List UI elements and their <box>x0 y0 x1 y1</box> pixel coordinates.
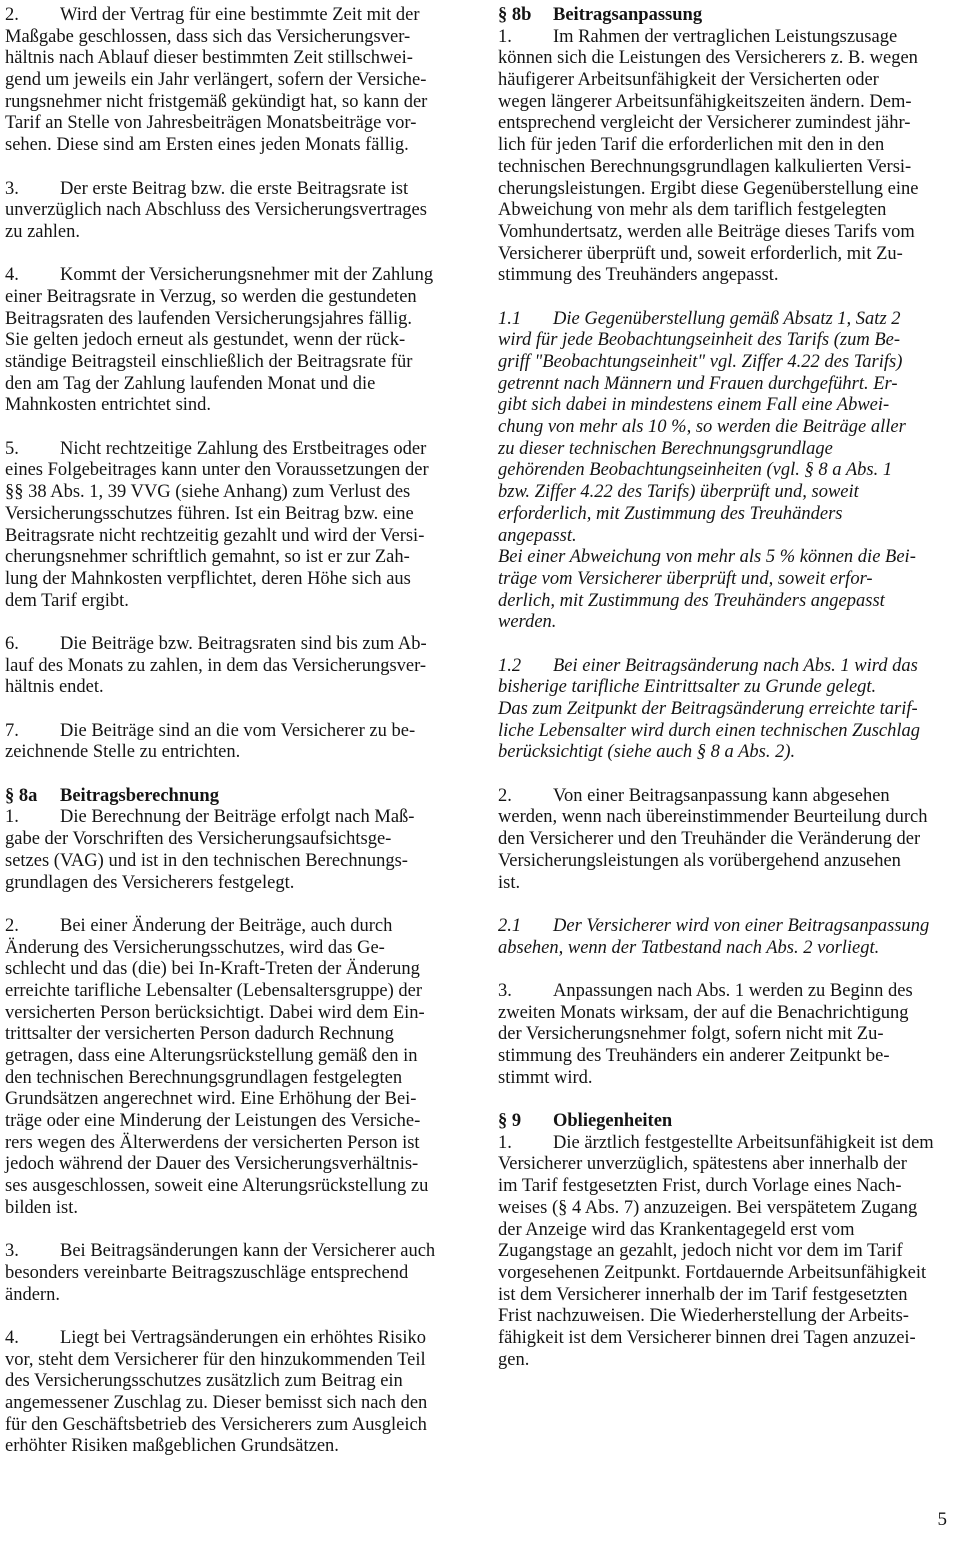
text-line: erreichte tarifliche Lebensalter (Lebens… <box>5 981 475 1003</box>
section-heading: § 9Obliegenheiten <box>498 1111 956 1133</box>
text-line: §§ 38 Abs. 1, 39 VVG (siehe Anhang) zum … <box>5 482 475 504</box>
text-line: der Versicherungsnehmer folgt, sofern ni… <box>498 1024 956 1046</box>
text-line: Sie gelten jedoch erneut als gestundet, … <box>5 330 475 352</box>
paragraph-number: 2.1 <box>498 916 553 938</box>
text-line: entsprechend vergleicht der Versicherer … <box>498 113 956 135</box>
text-line: bisherige tarifliche Eintrittsalter zu G… <box>498 677 956 699</box>
section-heading: § 8bBeitragsanpassung <box>498 5 956 27</box>
text-line: versicherten Person berücksichtigt. Dabe… <box>5 1003 475 1025</box>
section-number: § 8b <box>498 5 553 27</box>
section-heading: § 8aBeitragsberechnung <box>5 786 475 808</box>
text-line: jedoch während der Dauer des Versicherun… <box>5 1154 475 1176</box>
text-line: 4.Kommt der Versicherungsnehmer mit der … <box>5 265 475 287</box>
text-line: cherungsleistungen. Ergibt diese Gegenüb… <box>498 179 956 201</box>
paragraph-number: 1.2 <box>498 656 553 678</box>
text-line: Frist nachzuweisen. Die Wiederherstellun… <box>498 1306 956 1328</box>
right-column: § 8bBeitragsanpassung1.Im Rahmen der ver… <box>498 5 956 1393</box>
text-line: Versicherungsleistungen als vorübergehen… <box>498 851 956 873</box>
text-line: 4.Liegt bei Vertragsänderungen ein erhöh… <box>5 1328 475 1350</box>
paragraph: 2.1Der Versicherer wird von einer Beitra… <box>498 916 956 959</box>
text-line: ist. <box>498 873 956 895</box>
text-line: zweiten Monats wirksam, der auf die Bena… <box>498 1003 956 1025</box>
paragraph: 2.Von einer Beitragsanpassung kann abges… <box>498 786 956 894</box>
text-line: besonders vereinbarte Beitragszuschläge … <box>5 1263 475 1285</box>
paragraph: 1.1Die Gegenüberstellung gemäß Absatz 1,… <box>498 309 956 634</box>
text-line: vorgesehenen Zeitpunkt. Fortdauernde Arb… <box>498 1263 956 1285</box>
text-line: wegen längerer Arbeitsunfähigkeitszeiten… <box>498 92 956 114</box>
paragraph: 1.Die ärztlich festgestellte Arbeitsunfä… <box>498 1133 956 1372</box>
section-number: § 9 <box>498 1111 553 1133</box>
text-line: setzes (VAG) und ist in den technischen … <box>5 851 475 873</box>
text-line: den technischen Berechnungsgrundlagen fe… <box>5 1068 475 1090</box>
paragraph-number: 2. <box>5 916 60 938</box>
text-line: fähigkeit ist dem Versicherer binnen dre… <box>498 1328 956 1350</box>
text-line: zeichnende Stelle zu entrichten. <box>5 742 475 764</box>
text-line: einer Beitragsrate in Verzug, so werden … <box>5 287 475 309</box>
text-line: ständige Beitragsteil einschließlich der… <box>5 352 475 374</box>
text-line: 2.Von einer Beitragsanpassung kann abges… <box>498 786 956 808</box>
text-line: für den Geschäftsbetrieb des Versicherer… <box>5 1415 475 1437</box>
text-line: erhöhter Risiken maßgeblichen Grundsätze… <box>5 1436 475 1458</box>
text-line: Änderung des Versicherungsschutzes, wird… <box>5 938 475 960</box>
text-line: chung von mehr als 10 %, so werden die B… <box>498 417 956 439</box>
paragraph: 1.Die Berechnung der Beiträge erfolgt na… <box>5 807 475 894</box>
text-line: bzw. Ziffer 4.22 des Tarifs) überprüft u… <box>498 482 956 504</box>
paragraph-number: 3. <box>498 981 553 1003</box>
text-line: können sich die Leistungen des Versicher… <box>498 48 956 70</box>
text-line: 1.Die Berechnung der Beiträge erfolgt na… <box>5 807 475 829</box>
paragraph: 2.Bei einer Änderung der Beiträge, auch … <box>5 916 475 1220</box>
text-line: Maßgabe geschlossen, dass sich das Versi… <box>5 27 475 49</box>
text-line: lung der Mahnkosten verpflichtet, deren … <box>5 569 475 591</box>
text-line: ist dem Versicherer innerhalb der im Tar… <box>498 1285 956 1307</box>
text-line: Grundsätzen angerechnet wird. Eine Erhöh… <box>5 1089 475 1111</box>
paragraph: 1.Im Rahmen der vertraglichen Leistungsz… <box>498 27 956 287</box>
text-line: rungsnehmer nicht fristgemäß gekündigt h… <box>5 92 475 114</box>
paragraph-number: 4. <box>5 265 60 287</box>
text-line: zu zahlen. <box>5 222 475 244</box>
text-line: gabe der Vorschriften des Versicherungsa… <box>5 829 475 851</box>
paragraph: 4.Liegt bei Vertragsänderungen ein erhöh… <box>5 1328 475 1458</box>
text-line: 2.Wird der Vertrag für eine bestimmte Ze… <box>5 5 475 27</box>
text-line: weises (§ 4 Abs. 7) anzuzeigen. Bei vers… <box>498 1198 956 1220</box>
text-line: stimmung des Treuhänders angepasst. <box>498 265 956 287</box>
text-line: unverzüglich nach Abschluss des Versiche… <box>5 200 475 222</box>
paragraph: 7.Die Beiträge sind an die vom Versicher… <box>5 721 475 764</box>
page-number: 5 <box>938 1509 948 1531</box>
text-line: hältnis nach Ablauf dieser bestimmten Ze… <box>5 48 475 70</box>
section-title: Beitragsberechnung <box>60 786 219 806</box>
paragraph-number: 2. <box>498 786 553 808</box>
text-line: 1.Im Rahmen der vertraglichen Leistungsz… <box>498 27 956 49</box>
text-line: Beitragsrate nicht rechtzeitig gezahlt u… <box>5 526 475 548</box>
text-line: berücksichtigt (siehe auch § 8 a Abs. 2)… <box>498 742 956 764</box>
text-line: des Versicherungsschutzes zusätzlich zum… <box>5 1371 475 1393</box>
text-line: Bei einer Abweichung von mehr als 5 % kö… <box>498 547 956 569</box>
text-line: angepasst. <box>498 526 956 548</box>
text-line: wird für jede Beobachtungseinheit des Ta… <box>498 330 956 352</box>
text-line: 6.Die Beiträge bzw. Beitragsraten sind b… <box>5 634 475 656</box>
text-line: ses ausgeschlossen, soweit eine Alterung… <box>5 1176 475 1198</box>
paragraph: 5.Nicht rechtzeitige Zahlung des Erstbei… <box>5 439 475 613</box>
text-line: im Tarif festgesetzten Frist, durch Vorl… <box>498 1176 956 1198</box>
paragraph: 4.Kommt der Versicherungsnehmer mit der … <box>5 265 475 417</box>
text-line: Zugangstage an gezahlt, jedoch nicht vor… <box>498 1241 956 1263</box>
text-line: lich für jeden Tarif die erforderlichen … <box>498 135 956 157</box>
text-line: Das zum Zeitpunkt der Beitragsänderung e… <box>498 699 956 721</box>
paragraph-number: 1. <box>498 27 553 49</box>
text-line: lauf des Monats zu zahlen, in dem das Ve… <box>5 656 475 678</box>
text-line: stimmung des Treuhänders ein anderer Zei… <box>498 1046 956 1068</box>
paragraph-number: 3. <box>5 179 60 201</box>
text-line: 5.Nicht rechtzeitige Zahlung des Erstbei… <box>5 439 475 461</box>
paragraph-number: 1.1 <box>498 309 553 331</box>
paragraph-number: 1. <box>5 807 60 829</box>
text-line: griff "Beobachtungseinheit" vgl. Ziffer … <box>498 352 956 374</box>
text-line: erforderlich, mit Zustimmung des Treuhän… <box>498 504 956 526</box>
section-title: Obliegenheiten <box>553 1111 672 1131</box>
text-line: Tarif an Stelle von Jahresbeiträgen Mona… <box>5 113 475 135</box>
paragraph: 3.Anpassungen nach Abs. 1 werden zu Begi… <box>498 981 956 1089</box>
text-line: trittsalter der versicherten Person dadu… <box>5 1024 475 1046</box>
text-line: 1.Die ärztlich festgestellte Arbeitsunfä… <box>498 1133 956 1155</box>
text-line: ändern. <box>5 1285 475 1307</box>
text-line: gibt sich dabei in mindestens einem Fall… <box>498 395 956 417</box>
text-line: bilden ist. <box>5 1198 475 1220</box>
text-line: stimmt wird. <box>498 1068 956 1090</box>
text-line: träge vom Versicherer überprüft und, sow… <box>498 569 956 591</box>
text-line: gehörenden Beobachtungseinheiten (vgl. §… <box>498 460 956 482</box>
text-line: häufigerer Arbeitsunfähigkeit der Versic… <box>498 70 956 92</box>
paragraph-number: 3. <box>5 1241 60 1263</box>
paragraph: 3.Bei Beitragsänderungen kann der Versic… <box>5 1241 475 1306</box>
text-line: schlecht und das (die) bei In-Kraft-Tret… <box>5 959 475 981</box>
section-number: § 8a <box>5 786 60 808</box>
text-line: cherungsnehmer schriftlich gemahnt, so i… <box>5 547 475 569</box>
paragraph-number: 5. <box>5 439 60 461</box>
text-line: werden. <box>498 612 956 634</box>
text-line: grundlagen des Versicherers festgelegt. <box>5 873 475 895</box>
text-line: absehen, wenn der Tatbestand nach Abs. 2… <box>498 938 956 960</box>
text-line: gen. <box>498 1350 956 1372</box>
text-line: 1.2Bei einer Beitragsänderung nach Abs. … <box>498 656 956 678</box>
text-line: 3.Anpassungen nach Abs. 1 werden zu Begi… <box>498 981 956 1003</box>
text-line: den am Tag der Zahlung laufenden Monat u… <box>5 374 475 396</box>
paragraph: 6.Die Beiträge bzw. Beitragsraten sind b… <box>5 634 475 699</box>
text-line: angemessener Zuschlag zu. Dieser bemisst… <box>5 1393 475 1415</box>
text-line: Versicherer überprüft und, soweit erford… <box>498 244 956 266</box>
text-line: sehen. Diese sind am Ersten eines jeden … <box>5 135 475 157</box>
text-line: getrennt nach Männern und Frauen durchge… <box>498 374 956 396</box>
text-line: 2.Bei einer Änderung der Beiträge, auch … <box>5 916 475 938</box>
paragraph-number: 4. <box>5 1328 60 1350</box>
text-line: derlich, mit Zustimmung des Treuhänders … <box>498 591 956 613</box>
text-line: träge oder eine Minderung der Leistungen… <box>5 1111 475 1133</box>
text-line: 3.Der erste Beitrag bzw. die erste Beitr… <box>5 179 475 201</box>
text-line: Versicherer unverzüglich, spätestens abe… <box>498 1154 956 1176</box>
document-page: 2.Wird der Vertrag für eine bestimmte Ze… <box>0 0 960 1549</box>
paragraph-number: 6. <box>5 634 60 656</box>
text-line: rers wegen des Älterwerdens der versiche… <box>5 1133 475 1155</box>
text-line: 7.Die Beiträge sind an die vom Versicher… <box>5 721 475 743</box>
paragraph: 2.Wird der Vertrag für eine bestimmte Ze… <box>5 5 475 157</box>
text-line: Vomhundertsatz, werden alle Beiträge die… <box>498 222 956 244</box>
paragraph: 3.Der erste Beitrag bzw. die erste Beitr… <box>5 179 475 244</box>
text-line: 3.Bei Beitragsänderungen kann der Versic… <box>5 1241 475 1263</box>
text-line: den Versicherer und den Treuhänder die V… <box>498 829 956 851</box>
text-line: der Anzeige wird das Krankentagegeld ers… <box>498 1220 956 1242</box>
text-line: Abweichung von mehr als dem tariflich fe… <box>498 200 956 222</box>
text-line: vor, steht dem Versicherer für den hinzu… <box>5 1350 475 1372</box>
text-line: gend um jeweils ein Jahr verlängert, sof… <box>5 70 475 92</box>
text-line: Mahnkosten entrichtet sind. <box>5 395 475 417</box>
text-line: 2.1Der Versicherer wird von einer Beitra… <box>498 916 956 938</box>
left-column: 2.Wird der Vertrag für eine bestimmte Ze… <box>5 5 475 1480</box>
paragraph-number: 1. <box>498 1133 553 1155</box>
text-line: hältnis endet. <box>5 677 475 699</box>
text-line: Versicherungsschutzes führen. Ist ein Be… <box>5 504 475 526</box>
text-line: getragen, dass eine Alterungsrückstellun… <box>5 1046 475 1068</box>
paragraph: 1.2Bei einer Beitragsänderung nach Abs. … <box>498 656 956 764</box>
text-line: eines Folgebeitrages kann unter den Vora… <box>5 460 475 482</box>
paragraph-number: 2. <box>5 5 60 27</box>
text-line: dem Tarif ergibt. <box>5 591 475 613</box>
text-line: liche Lebensalter wird durch einen techn… <box>498 721 956 743</box>
text-line: werden, wenn nach übereinstimmender Beur… <box>498 807 956 829</box>
text-line: 1.1Die Gegenüberstellung gemäß Absatz 1,… <box>498 309 956 331</box>
section-title: Beitragsanpassung <box>553 5 702 25</box>
text-line: Beitragsraten des laufenden Versicherung… <box>5 309 475 331</box>
text-line: zu dieser technischen Berechnungsgrundla… <box>498 439 956 461</box>
text-line: technischen Berechnungsgrundlagen kalkul… <box>498 157 956 179</box>
paragraph-number: 7. <box>5 721 60 743</box>
